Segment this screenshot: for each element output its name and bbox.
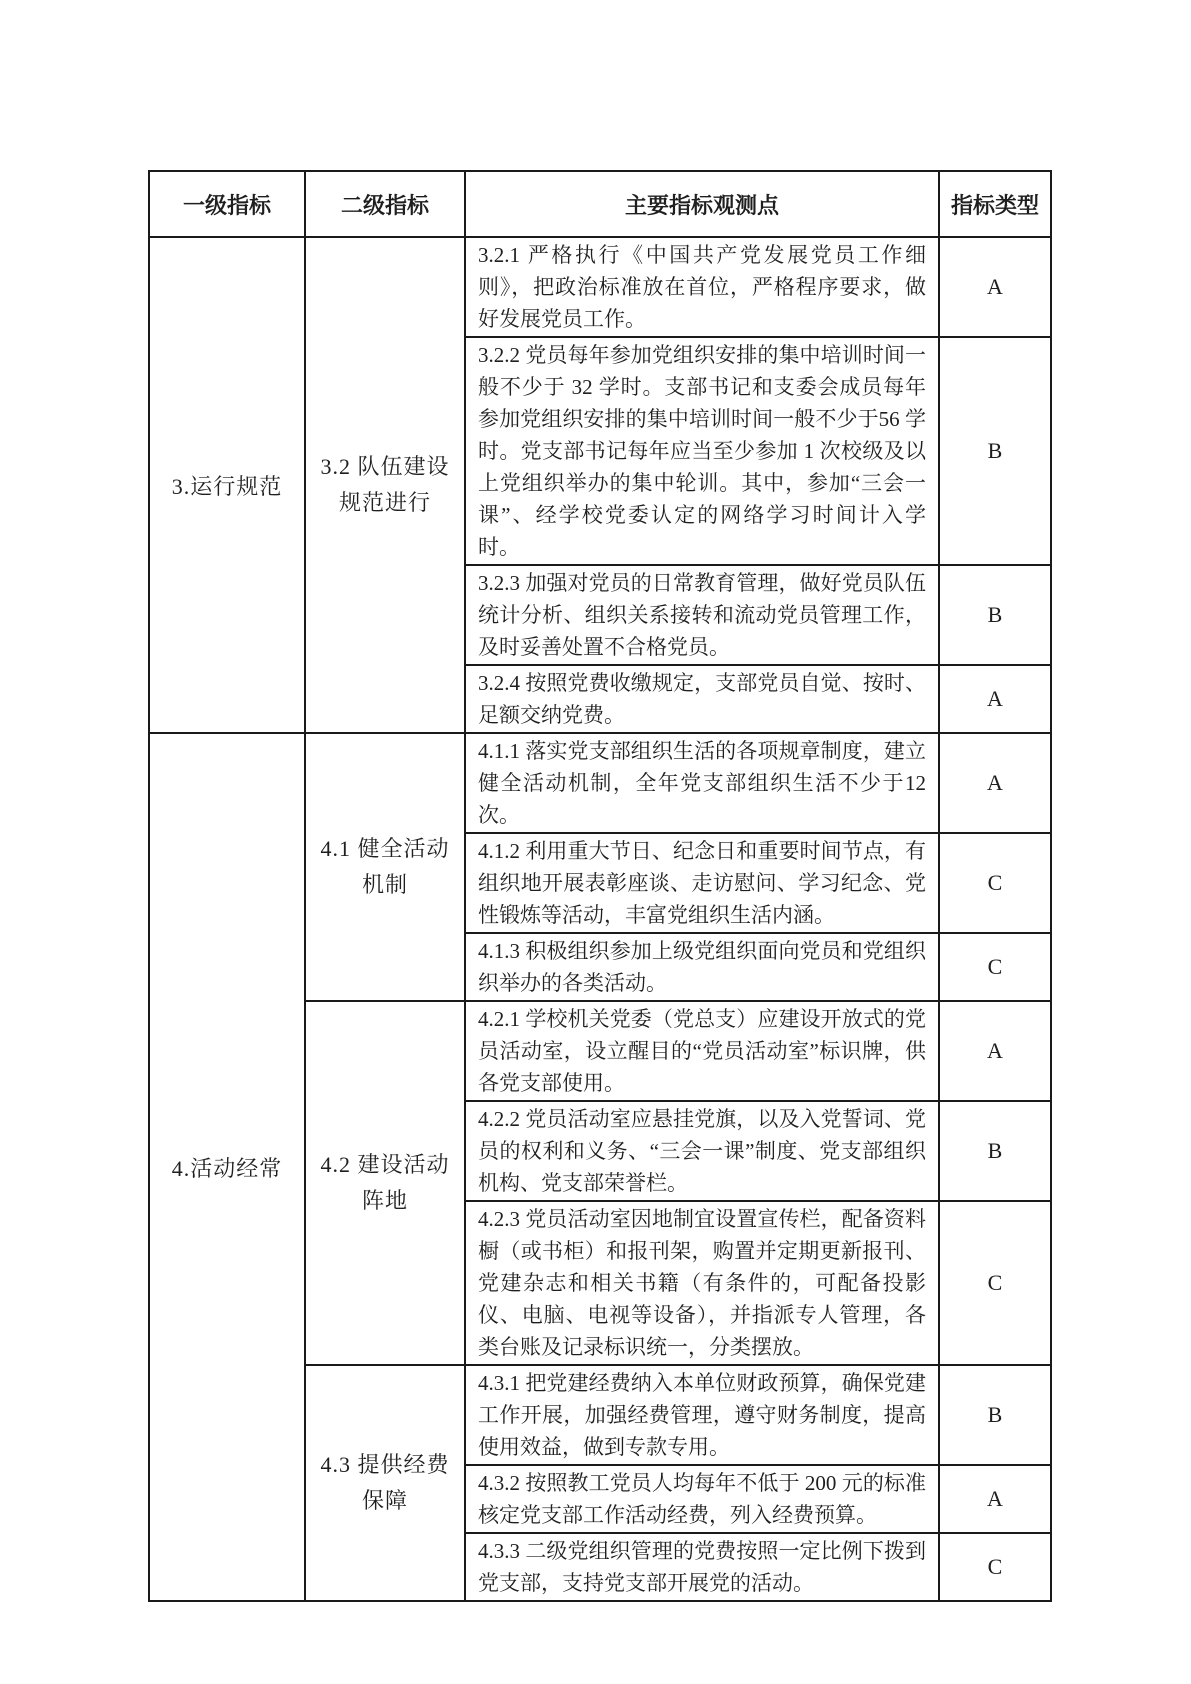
level2-cell-4-3: 4.3 提供经费 保障	[305, 1365, 465, 1601]
header-level2: 二级指标	[305, 171, 465, 237]
observation-cell-4-2-1: 4.2.1 学校机关党委（党总支）应建设开放式的党员活动室，设立醒目的“党员活动…	[465, 1001, 939, 1101]
type-cell-4-1-3: C	[939, 933, 1051, 1001]
level1-cell-4: 4.活动经常	[149, 733, 305, 1601]
observation-cell-4-2-2: 4.2.2 党员活动室应悬挂党旗，以及入党誓词、党员的权利和义务、“三会一课”制…	[465, 1101, 939, 1201]
observation-cell-3-2-1: 3.2.1 严格执行《中国共产党发展党员工作细则》，把政治标准放在首位，严格程序…	[465, 237, 939, 337]
level2-cell-4-1: 4.1 健全活动 机制	[305, 733, 465, 1001]
observation-cell-4-3-3: 4.3.3 二级党组织管理的党费按照一定比例下拨到党支部，支持党支部开展党的活动…	[465, 1533, 939, 1601]
type-cell-4-2-1: A	[939, 1001, 1051, 1101]
header-observation: 主要指标观测点	[465, 171, 939, 237]
type-cell-3-2-1: A	[939, 237, 1051, 337]
type-cell-4-3-2: A	[939, 1465, 1051, 1533]
type-cell-4-1-1: A	[939, 733, 1051, 833]
observation-cell-3-2-3: 3.2.3 加强对党员的日常教育管理，做好党员队伍统计分析、组织关系接转和流动党…	[465, 565, 939, 665]
type-cell-3-2-2: B	[939, 337, 1051, 565]
observation-cell-3-2-4: 3.2.4 按照党费收缴规定，支部党员自觉、按时、足额交纳党费。	[465, 665, 939, 733]
type-cell-3-2-4: A	[939, 665, 1051, 733]
type-cell-4-2-2: B	[939, 1101, 1051, 1201]
type-cell-4-3-1: B	[939, 1365, 1051, 1465]
table-row: 4.活动经常 4.1 健全活动 机制 4.1.1 落实党支部组织生活的各项规章制…	[149, 733, 1051, 833]
level2-cell-4-2: 4.2 建设活动 阵地	[305, 1001, 465, 1365]
observation-cell-4-2-3: 4.2.3 党员活动室因地制宜设置宣传栏，配备资料橱（或书柜）和报刊架，购置并定…	[465, 1201, 939, 1365]
document-page: 一级指标 二级指标 主要指标观测点 指标类型 3.运行规范 3.2 队伍建设 规…	[0, 0, 1191, 1684]
observation-cell-3-2-2: 3.2.2 党员每年参加党组织安排的集中培训时间一般不少于 32 学时。支部书记…	[465, 337, 939, 565]
level2-cell-3-2: 3.2 队伍建设 规范进行	[305, 237, 465, 733]
observation-cell-4-1-1: 4.1.1 落实党支部组织生活的各项规章制度，建立健全活动机制，全年党支部组织生…	[465, 733, 939, 833]
level1-cell-3: 3.运行规范	[149, 237, 305, 733]
type-cell-4-1-2: C	[939, 833, 1051, 933]
indicator-table: 一级指标 二级指标 主要指标观测点 指标类型 3.运行规范 3.2 队伍建设 规…	[148, 170, 1052, 1602]
header-level1: 一级指标	[149, 171, 305, 237]
table-row: 3.运行规范 3.2 队伍建设 规范进行 3.2.1 严格执行《中国共产党发展党…	[149, 237, 1051, 337]
observation-cell-4-3-2: 4.3.2 按照教工党员人均每年不低于 200 元的标准核定党支部工作活动经费，…	[465, 1465, 939, 1533]
table-header-row: 一级指标 二级指标 主要指标观测点 指标类型	[149, 171, 1051, 237]
observation-cell-4-1-3: 4.1.3 积极组织参加上级党组织面向党员和党组织织举办的各类活动。	[465, 933, 939, 1001]
observation-cell-4-3-1: 4.3.1 把党建经费纳入本单位财政预算，确保党建工作开展，加强经费管理，遵守财…	[465, 1365, 939, 1465]
type-cell-3-2-3: B	[939, 565, 1051, 665]
header-type: 指标类型	[939, 171, 1051, 237]
type-cell-4-3-3: C	[939, 1533, 1051, 1601]
type-cell-4-2-3: C	[939, 1201, 1051, 1365]
observation-cell-4-1-2: 4.1.2 利用重大节日、纪念日和重要时间节点，有组织地开展表彰座谈、走访慰问、…	[465, 833, 939, 933]
